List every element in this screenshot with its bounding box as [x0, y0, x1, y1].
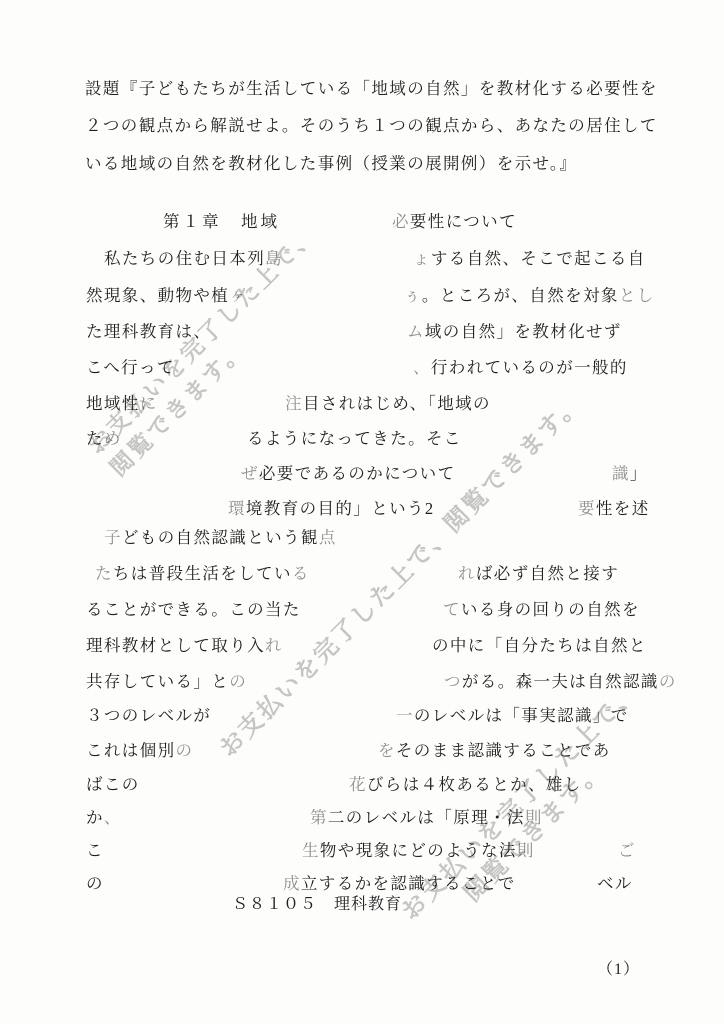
text-fragment: 設題『子どもたちが生活している「地域の自然」を教材化する必要性を — [85, 81, 658, 98]
text-fragment: ２つの観点から解説せよ。そのうち１つの観点から、あなたの居住して — [85, 118, 658, 135]
text-fragment: の — [86, 876, 104, 893]
page-number: （1） — [597, 956, 640, 979]
text-fragment: 環境教育の目的」という2 — [228, 501, 435, 518]
text-fragment: ため — [86, 431, 122, 448]
text-fragment: 花びらは４枚あるとか、雄し — [349, 777, 582, 794]
text-fragment: 生物や現象にどのような法則 — [302, 843, 535, 860]
text-fragment: 地域性に — [86, 396, 158, 413]
text-fragment: いる地域の自然を教材化した事例（授業の展開例）を示せ。』 — [85, 156, 577, 173]
text-fragment: 注目されはじめ、「地域の — [285, 396, 491, 413]
text-fragment: 理科教材として取り入れ — [86, 638, 283, 655]
text-fragment: こへ行って — [86, 360, 175, 377]
text-fragment: ぅ。ところが、自然を対象とし — [404, 288, 655, 305]
text-fragment: 子どもの自然認識という観点 — [104, 530, 337, 547]
text-fragment: 第１章 地域 — [163, 214, 280, 231]
text-fragment: つがる。森一夫は自然認識の — [444, 674, 677, 691]
text-fragment: をそのまま認識することであ — [378, 743, 611, 760]
text-fragment: 、行われているのが一般的 — [413, 360, 628, 377]
text-fragment: 然現象、動物や植ヶ — [86, 288, 247, 305]
text-fragment: ることができる。この当た — [86, 602, 301, 619]
footer-course-code: Ｓ８１０５ 理科教育 — [232, 891, 402, 914]
text-fragment: 識」 — [612, 466, 648, 483]
text-fragment: これは個別の — [86, 743, 193, 760]
text-fragment: 必要性について — [392, 214, 517, 231]
text-fragment: ぜ必要であるのかについて — [241, 466, 455, 483]
text-fragment: ょする自然、そこで起こる自 — [413, 251, 646, 268]
scanned-document-page: お支払いを完了した上で、閲覧できます。お支払いを完了した上で、閲覧できます。お支… — [0, 0, 724, 1024]
text-fragment: か、 — [86, 810, 122, 827]
text-fragment: こ — [86, 843, 104, 860]
text-fragment: ご — [618, 843, 636, 860]
text-fragment: た理科教育は、 — [86, 324, 211, 341]
text-fragment: ている身の回りの自然を — [443, 602, 640, 619]
text-fragment: たちは普段生活をしている — [95, 566, 310, 583]
text-fragment: 要性を述 — [578, 501, 650, 518]
text-fragment: ３つのレベルが — [86, 708, 211, 725]
text-fragment: 一のレベルは「事実認識」で — [396, 708, 629, 725]
text-fragment: ばこの — [86, 777, 140, 794]
text-fragment: 共存している」との — [86, 674, 247, 691]
text-fragment: ベル — [597, 876, 633, 893]
text-fragment: 第二のレベルは「原理・法則 — [310, 810, 543, 827]
text-fragment: れば必ず自然と接す — [458, 566, 619, 583]
text-fragment: ム域の自然」を教材化せず — [407, 324, 622, 341]
text-fragment: の中に「自分たちは自然と — [432, 638, 647, 655]
text-fragment: るようになってきた。そこ — [247, 431, 462, 448]
text-fragment: 私たちの住む日本列島 — [104, 251, 283, 268]
